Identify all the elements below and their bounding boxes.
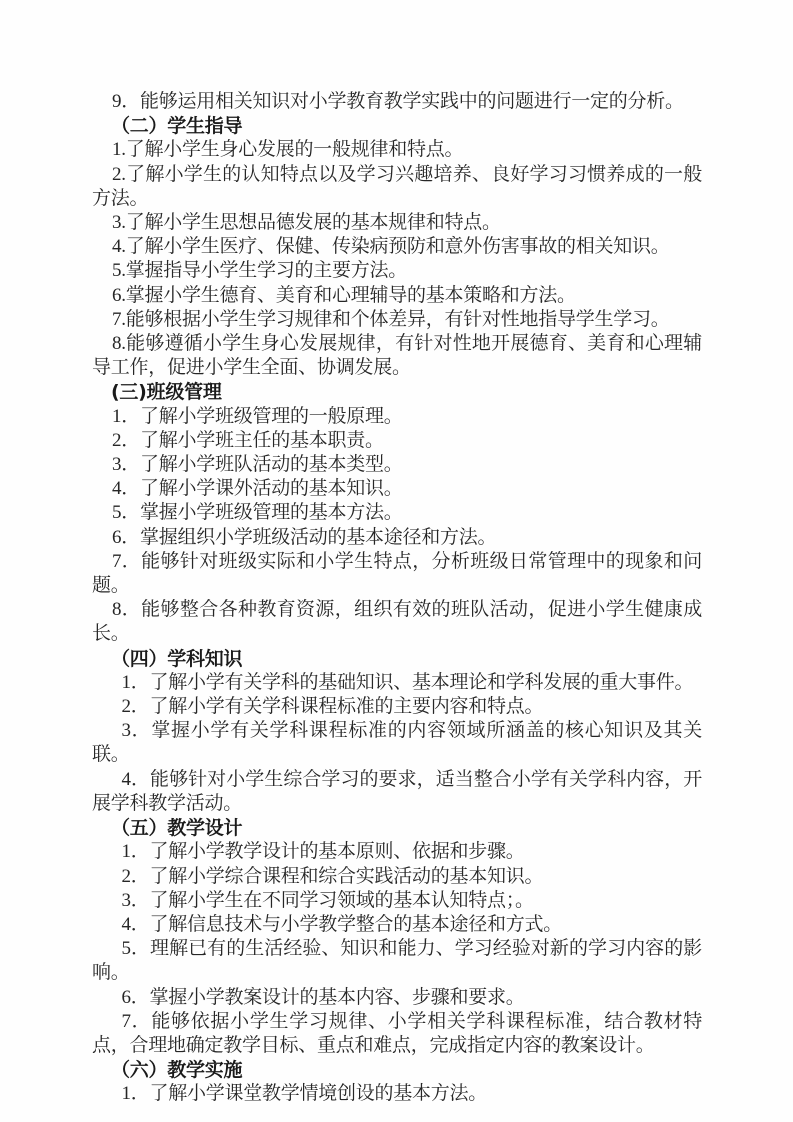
list-item: 2．了解小学综合课程和综合实践活动的基本知识。: [92, 865, 702, 889]
list-item: 6．掌握小学教案设计的基本内容、步骤和要求。: [92, 986, 702, 1010]
list-item: 2．了解小学有关学科课程标准的主要内容和特点。: [92, 695, 702, 719]
list-item: 7．能够针对班级实际和小学生特点，分析班级日常管理中的现象和问题。: [92, 550, 702, 598]
list-item: 2.了解小学生的认知特点以及学习兴趣培养、良好学习习惯养成的一般方法。: [92, 163, 702, 211]
document-page: 9．能够运用相关知识对小学教育教学实践中的问题进行一定的分析。（二）学生指导1.…: [0, 0, 793, 1122]
list-item: 4．了解小学课外活动的基本知识。: [92, 477, 702, 501]
list-item: 7.能够根据小学生学习规律和个体差异，有针对性地指导学生学习。: [92, 308, 702, 332]
list-item: 8．能够整合各种教育资源，组织有效的班队活动，促进小学生健康成长。: [92, 598, 702, 646]
list-item: 4．了解信息技术与小学教学整合的基本途径和方式。: [92, 913, 702, 937]
list-item: 5．理解已有的生活经验、知识和能力、学习经验对新的学习内容的影响。: [92, 937, 702, 985]
section-heading: (三)班级管理: [92, 380, 702, 404]
list-item: 3．了解小学生在不同学习领域的基本认知特点；。: [92, 889, 702, 913]
list-item: 6．掌握组织小学班级活动的基本途径和方法。: [92, 526, 702, 550]
list-item: 9．能够运用相关知识对小学教育教学实践中的问题进行一定的分析。: [92, 90, 702, 114]
list-item: 5．掌握小学班级管理的基本方法。: [92, 501, 702, 525]
list-item: 3.了解小学生思想品德发展的基本规律和特点。: [92, 211, 702, 235]
list-item: 1．了解小学课堂教学情境创设的基本方法。: [92, 1082, 702, 1106]
list-item: 3．了解小学班队活动的基本类型。: [92, 453, 702, 477]
section-heading: （五）教学设计: [92, 816, 702, 840]
list-item: 1．了解小学教学设计的基本原则、依据和步骤。: [92, 840, 702, 864]
list-item: 5.掌握指导小学生学习的主要方法。: [92, 259, 702, 283]
list-item: 1.了解小学生身心发展的一般规律和特点。: [92, 138, 702, 162]
list-item: 7．能够依据小学生学习规律、小学相关学科课程标准，结合教材特点，合理地确定教学目…: [92, 1010, 702, 1058]
section-heading: （四）学科知识: [92, 647, 702, 671]
list-item: 2．了解小学班主任的基本职责。: [92, 429, 702, 453]
list-item: 1．了解小学有关学科的基础知识、基本理论和学科发展的重大事件。: [92, 671, 702, 695]
list-item: 1．了解小学班级管理的一般原理。: [92, 405, 702, 429]
list-item: 6.掌握小学生德育、美育和心理辅导的基本策略和方法。: [92, 284, 702, 308]
list-item: 4．能够针对小学生综合学习的要求，适当整合小学有关学科内容，开展学科教学活动。: [92, 768, 702, 816]
document-body: 9．能够运用相关知识对小学教育教学实践中的问题进行一定的分析。（二）学生指导1.…: [92, 90, 702, 1107]
list-item: 3．掌握小学有关学科课程标准的内容领域所涵盖的核心知识及其关联。: [92, 719, 702, 767]
section-heading: （二）学生指导: [92, 114, 702, 138]
list-item: 8.能够遵循小学生身心发展规律，有针对性地开展德育、美育和心理辅导工作，促进小学…: [92, 332, 702, 380]
list-item: 4.了解小学生医疗、保健、传染病预防和意外伤害事故的相关知识。: [92, 235, 702, 259]
section-heading: （六）教学实施: [92, 1058, 702, 1082]
